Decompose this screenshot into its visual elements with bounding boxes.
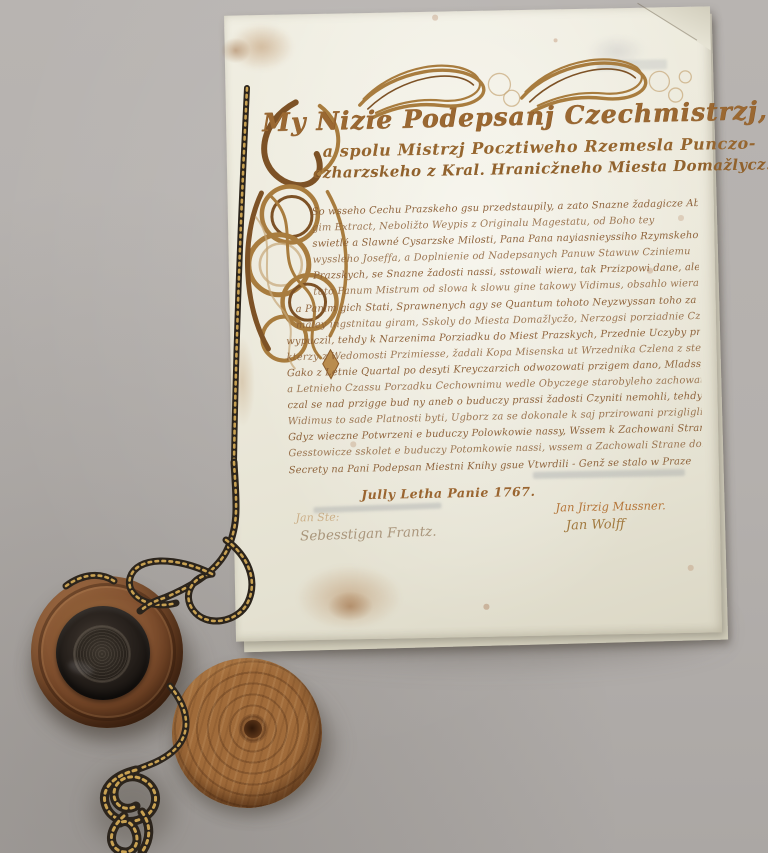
wax-seal	[56, 606, 150, 700]
title-line-3: czharzskeho z Kral. Hranicžneho Miesta D…	[313, 156, 709, 182]
body-text: So wsseho Cechu Prazskeho gsu przedstaup…	[284, 197, 703, 478]
parchment-document: My Nizie Podepsanj Czechmistrzj, a spolu…	[224, 6, 722, 641]
signature-left-1: Jan Ste:	[296, 511, 340, 525]
dateline: Jully Letha Panie 1767.	[361, 484, 535, 502]
photo-canvas: My Nizie Podepsanj Czechmistrzj, a spolu…	[0, 0, 768, 853]
foxing-spots	[224, 16, 226, 18]
title-block: My Nizie Podepsanj Czechmistrzj, a spolu…	[262, 98, 709, 183]
signature-left-2: Sebesstigan Frantz.	[300, 524, 437, 545]
knot-shadow	[92, 770, 172, 848]
lid-center-knot	[244, 720, 262, 738]
seal-capsule	[31, 576, 183, 728]
signature-right-1: Jan Jirzig Mussner.	[555, 498, 665, 514]
signature-right-2: Jan Wolff	[566, 517, 626, 534]
capsule-lid	[172, 658, 322, 808]
